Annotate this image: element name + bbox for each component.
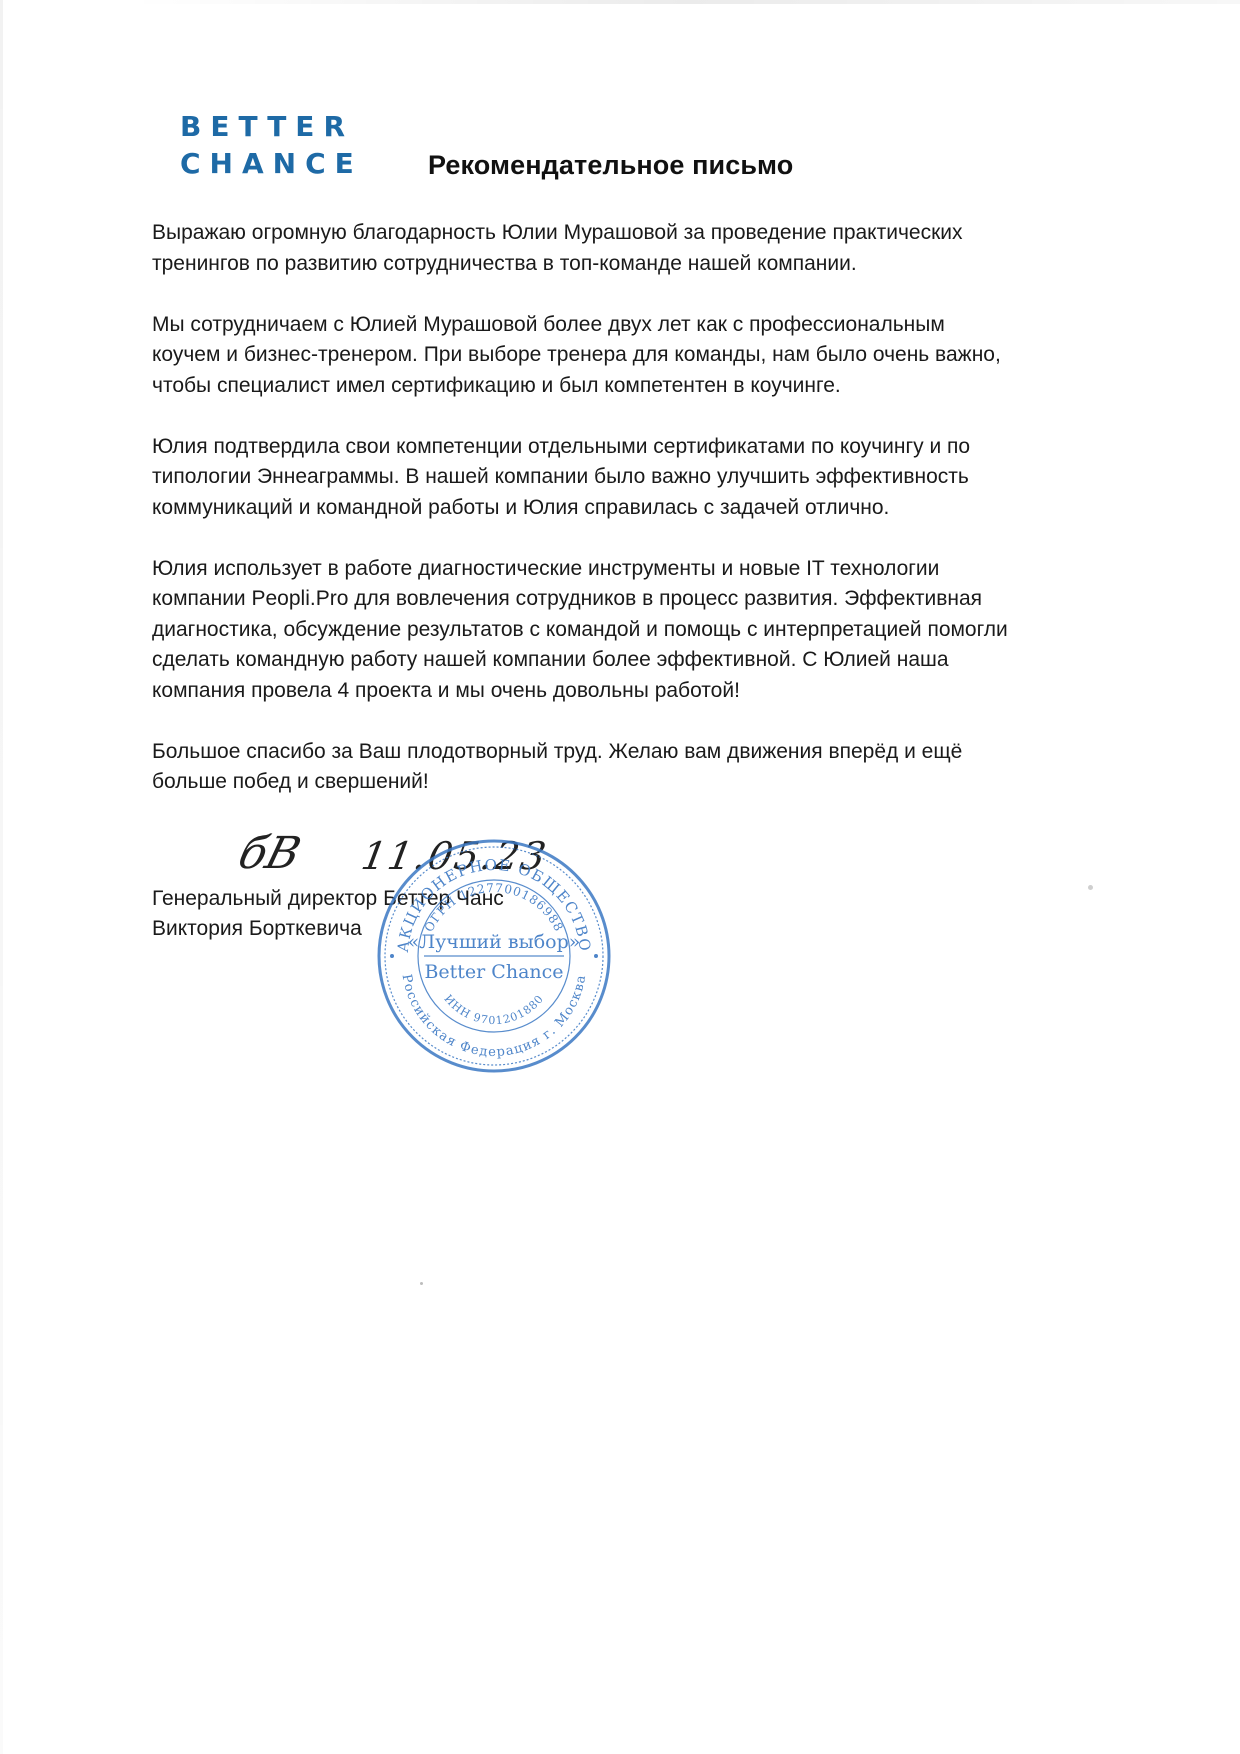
text-line: Выражаю огромную благодарность Юлии Мура… [152,218,1102,249]
scan-speck [420,1282,423,1285]
text-line: Большое спасибо за Ваш плодотворный труд… [152,737,1102,768]
text-line: больше побед и свершений! [152,767,1102,798]
paragraph-3: Юлия подтвердила свои компетенции отдель… [152,432,1102,524]
text-line: коучем и бизнес-тренером. При выборе тре… [152,340,1102,371]
paragraph-2: Мы сотрудничаем с Юлией Мурашовой более … [152,310,1102,402]
company-logo: BETTER CHANCE [180,108,363,182]
paragraph-4: Юлия использует в работе диагностические… [152,554,1102,707]
logo-line-2: CHANCE [180,145,363,182]
text-line: сделать командную работу нашей компании … [152,645,1102,676]
paragraph-1: Выражаю огромную благодарность Юлии Мура… [152,218,1102,279]
scan-speck [1088,885,1093,890]
text-line: компании Peopli.Pro для вовлечения сотру… [152,584,1102,615]
paragraph-5: Большое спасибо за Ваш плодотворный труд… [152,737,1102,798]
text-line: диагностика, обсуждение результатов с ко… [152,615,1102,646]
stamp-center-line-1: «Лучший выбор» [408,931,581,953]
text-line: типологии Эннеаграммы. В нашей компании … [152,462,1102,493]
text-line: коммуникаций и командной работы и Юлия с… [152,493,1102,524]
stamp-center-line-2: Better Chance [424,961,563,983]
text-line: Юлия использует в работе диагностические… [152,554,1102,585]
text-line: Мы сотрудничаем с Юлией Мурашовой более … [152,310,1102,341]
text-line: чтобы специалист имел сертификацию и был… [152,371,1102,402]
company-seal-stamp: АКЦИОНЕРНОЕ ОБЩЕСТВО ОГРН 1227700186988 … [374,836,614,1076]
handwritten-signature: бВ [233,828,306,879]
scan-edge [0,0,3,1754]
logo-line-1: BETTER [180,108,363,145]
text-line: тренингов по развитию сотрудничества в т… [152,249,1102,280]
stamp-inn: ИНН 9701201880 [442,992,547,1027]
scan-artifact-top [130,0,1240,4]
letter-body: Выражаю огромную благодарность Юлии Мура… [152,218,1102,828]
letter-title: Рекомендательное письмо [428,150,793,181]
text-line: Юлия подтвердила свои компетенции отдель… [152,432,1102,463]
text-line: компания провела 4 проекта и мы очень до… [152,676,1102,707]
